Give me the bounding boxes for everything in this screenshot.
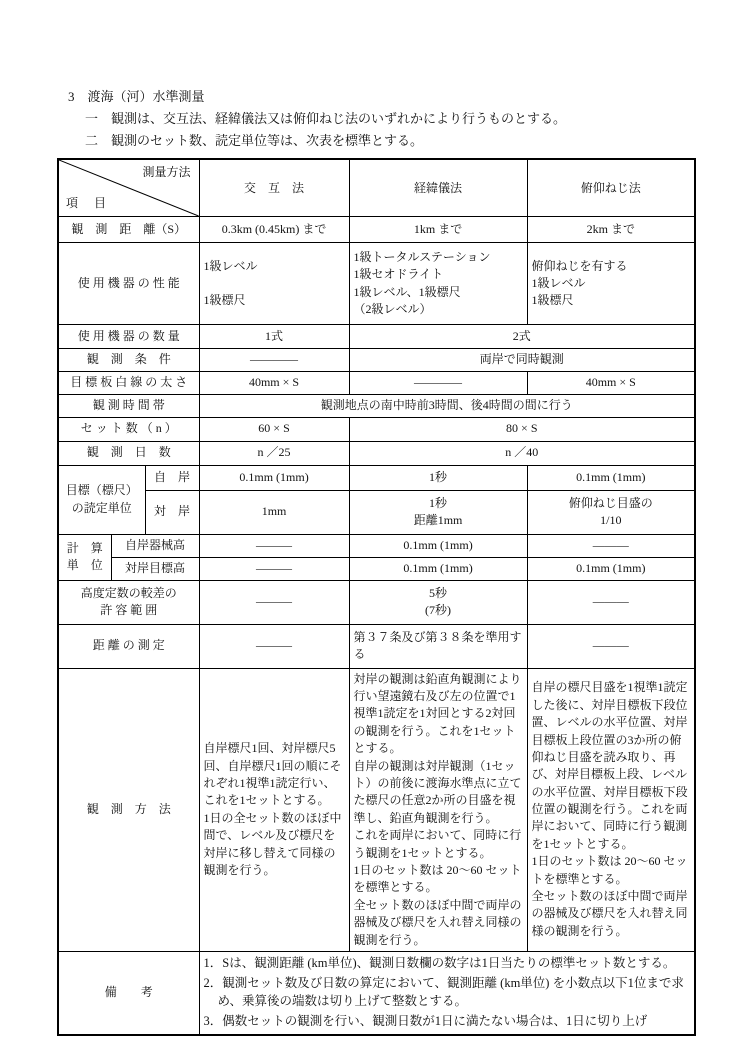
clause-2: 二 観測のセット数、読定単位等は、次表を標準とする。 [85, 130, 694, 152]
cell-distance-fugyo: 2km まで [527, 217, 695, 243]
cell-calc1-kogoho: ――― [199, 534, 349, 557]
row-label-observation-condition: 観 測 条 件 [58, 349, 199, 371]
column-header-keiigiho: 経緯儀法 [349, 159, 527, 217]
cell-equipment-fugyo: 俯仰ねじを有する 1級レベル 1級標尺 [527, 243, 695, 325]
row-label-calc-unit: 計 算 単 位 [58, 534, 111, 580]
cell-equipment-kogoho: 1級レベル 1級標尺 [199, 243, 349, 325]
cell-method-fugyo: 自岸の標尺目盛を1視準1読定した後に、対岸目標板下段位置、レベルの水平位置、対岸… [527, 668, 695, 951]
cell-calc1-fugyo: ――― [527, 534, 695, 557]
cell-distance-kogoho: 0.3km (0.45km) まで [199, 217, 349, 243]
row-label-observation-days: 観 測 日 数 [58, 441, 199, 465]
cell-remarks-body: 1．Sは、観測距離 (km単位)、観測日数欄の数字は1日当たりの標準セット数とす… [199, 951, 695, 1035]
cell-reading-opp-kogoho: 1mm [199, 490, 349, 534]
cell-time-band-all: 観測地点の南中時前3時間、後4時間の間に行う [199, 394, 695, 417]
cell-sets-kogoho: 60 × S [199, 417, 349, 441]
cell-tolerance-fugyo: ――― [527, 580, 695, 624]
sub-label-own-instrument-height: 自岸器械高 [111, 534, 199, 557]
cell-days-other: n ／40 [349, 441, 695, 465]
column-header-fugyo-nejiho: 俯仰ねじ法 [527, 159, 695, 217]
corner-label-method: 測量方法 [143, 164, 191, 181]
row-label-set-count: セ ッ ト 数 （ n ） [58, 417, 199, 441]
row-label-equipment-performance: 使 用 機 器 の 性 能 [58, 243, 199, 325]
row-label-remarks: 備 考 [58, 951, 199, 1035]
survey-spec-table: 測量方法 項 目 交 互 法 経緯儀法 俯仰ねじ法 観 測 距 離（S） 0.3… [57, 158, 696, 1036]
cell-calc2-keiigiho: 0.1mm (1mm) [349, 557, 527, 580]
cell-quantity-other: 2式 [349, 325, 695, 349]
remark-item-1: 1．Sは、観測距離 (km単位)、観測日数欄の数字は1日当たりの標準セット数とす… [204, 954, 691, 972]
row-label-distance-measurement: 距 離 の 測 定 [58, 624, 199, 668]
cell-reading-own-fugyo: 0.1mm (1mm) [527, 465, 695, 490]
cell-distmeasure-keiigiho: 第３７条及び第３８条を準用する [349, 624, 527, 668]
row-label-reading-unit: 目標（標尺） の読定単位 [58, 465, 145, 534]
cell-days-kogoho: n ／25 [199, 441, 349, 465]
cell-target-line-fugyo: 40mm × S [527, 371, 695, 394]
document-page: 3 渡海（河）水準測量 一 観測は、交互法、経緯儀法又は俯仰ねじ法のいずれかによ… [57, 86, 694, 1036]
cell-tolerance-keiigiho: 5秒 (7秒) [349, 580, 527, 624]
sub-label-opposite-bank: 対 岸 [145, 490, 199, 534]
cell-quantity-kogoho: 1式 [199, 325, 349, 349]
row-label-observation-distance: 観 測 距 離（S） [58, 217, 199, 243]
row-label-target-board-line: 目 標 板 白 線 の 太 さ [58, 371, 199, 394]
cell-tolerance-kogoho: ――― [199, 580, 349, 624]
remark-item-2: 2．観測セット数及び日数の算定において、観測距離 (km単位) を小数点以下1位… [204, 974, 691, 1010]
cell-calc2-kogoho: ――― [199, 557, 349, 580]
cell-method-kogoho: 自岸標尺1回、対岸標尺5回、自岸標尺1回の順にそれぞれ1視準1読定行い、これを1… [199, 668, 349, 951]
row-label-time-band: 観 測 時 間 帯 [58, 394, 199, 417]
sub-label-own-bank: 自 岸 [145, 465, 199, 490]
cell-calc1-keiigiho: 0.1mm (1mm) [349, 534, 527, 557]
cell-distmeasure-kogoho: ――― [199, 624, 349, 668]
clause-1: 一 観測は、交互法、経緯儀法又は俯仰ねじ法のいずれかにより行うものとする。 [85, 108, 694, 130]
sub-label-opposite-target-height: 対岸目標高 [111, 557, 199, 580]
cell-target-line-keiigiho: ―――― [349, 371, 527, 394]
cell-reading-opp-keiigiho: 1秒 距離1mm [349, 490, 527, 534]
cell-condition-kogoho: ―――― [199, 349, 349, 371]
cell-reading-opp-fugyo: 俯仰ねじ目盛の 1/10 [527, 490, 695, 534]
section-title: 3 渡海（河）水準測量 [68, 86, 694, 108]
row-label-altitude-constant-tolerance: 高度定数の較差の 許 容 範 囲 [58, 580, 199, 624]
column-header-kogoho: 交 互 法 [199, 159, 349, 217]
cell-calc2-fugyo: 0.1mm (1mm) [527, 557, 695, 580]
corner-label-item: 項 目 [66, 195, 108, 212]
cell-reading-own-kogoho: 0.1mm (1mm) [199, 465, 349, 490]
cell-distance-keiigiho: 1km まで [349, 217, 527, 243]
cell-target-line-kogoho: 40mm × S [199, 371, 349, 394]
cell-distmeasure-fugyo: ――― [527, 624, 695, 668]
cell-sets-other: 80 × S [349, 417, 695, 441]
cell-reading-own-keiigiho: 1秒 [349, 465, 527, 490]
cell-method-keiigiho: 対岸の観測は鉛直角観測により行い望遠鏡右及び左の位置で1視準1読定を1対回とする… [349, 668, 527, 951]
corner-header-cell: 測量方法 項 目 [58, 159, 199, 217]
remark-item-3: 3．偶数セットの観測を行い、観測日数が1日に満たない場合は、1日に切り上げ [204, 1012, 691, 1030]
document-heading: 3 渡海（河）水準測量 一 観測は、交互法、経緯儀法又は俯仰ねじ法のいずれかによ… [57, 86, 694, 152]
row-label-equipment-quantity: 使 用 機 器 の 数 量 [58, 325, 199, 349]
row-label-observation-method: 観 測 方 法 [58, 668, 199, 951]
cell-condition-other: 両岸で同時観測 [349, 349, 695, 371]
cell-equipment-keiigiho: 1級トータルステーション 1級セオドライト 1級レベル、1級標尺 （2級レベル） [349, 243, 527, 325]
